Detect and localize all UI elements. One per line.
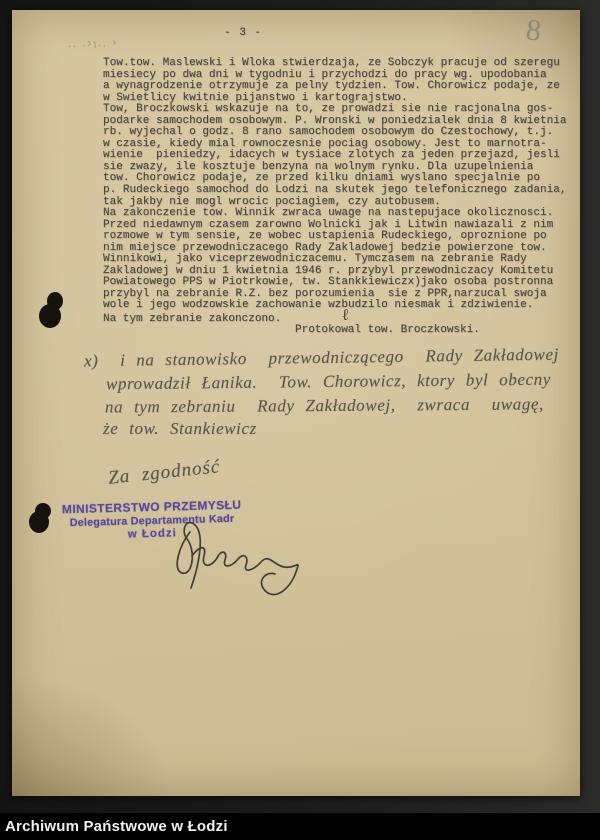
scanned-page: - 3 - ·· ·ˀ˥·˒ ˀ 8 Tow.tow. Maslewski i … — [12, 10, 580, 796]
handwritten-signature — [152, 508, 322, 618]
typed-text-block: Tow.tow. Maslewski i Wloka stwierdzaja, … — [103, 58, 566, 312]
handwritten-annotation-line: x) i na stanowisko przewodniczącego Rady… — [84, 345, 559, 372]
scan-background: - 3 - ·· ·ˀ˥·˒ ˀ 8 Tow.tow. Maslewski i … — [0, 0, 600, 840]
closing-line: Na tym zebranie zakonczono. — [103, 313, 281, 325]
archive-watermark-bar: Archiwum Państwowe w Łodzi — [0, 813, 600, 840]
ink-blot — [27, 501, 55, 539]
corner-page-numeral: 8 — [524, 13, 543, 49]
handwritten-annotation-line: wprowadził Łanika. Tow. Chorowicz, ktory… — [106, 370, 551, 395]
ink-blot — [36, 290, 68, 334]
page-number: - 3 - — [224, 27, 262, 39]
archive-label: Archiwum Państwowe w Łodzi — [0, 813, 600, 840]
certification-handwriting: Za zgodność — [107, 456, 221, 490]
handwritten-annotation-line: na tym zebraniu Rady Zakładowej, zwraca … — [105, 394, 544, 417]
handwritten-annotation-line: że tow. Stankiewicz — [103, 419, 257, 439]
stray-pencil-marks: ·· ·ˀ˥·˒ ˀ — [68, 39, 118, 51]
protocol-line: Protokowal tow. Broczkowski. — [295, 324, 480, 336]
